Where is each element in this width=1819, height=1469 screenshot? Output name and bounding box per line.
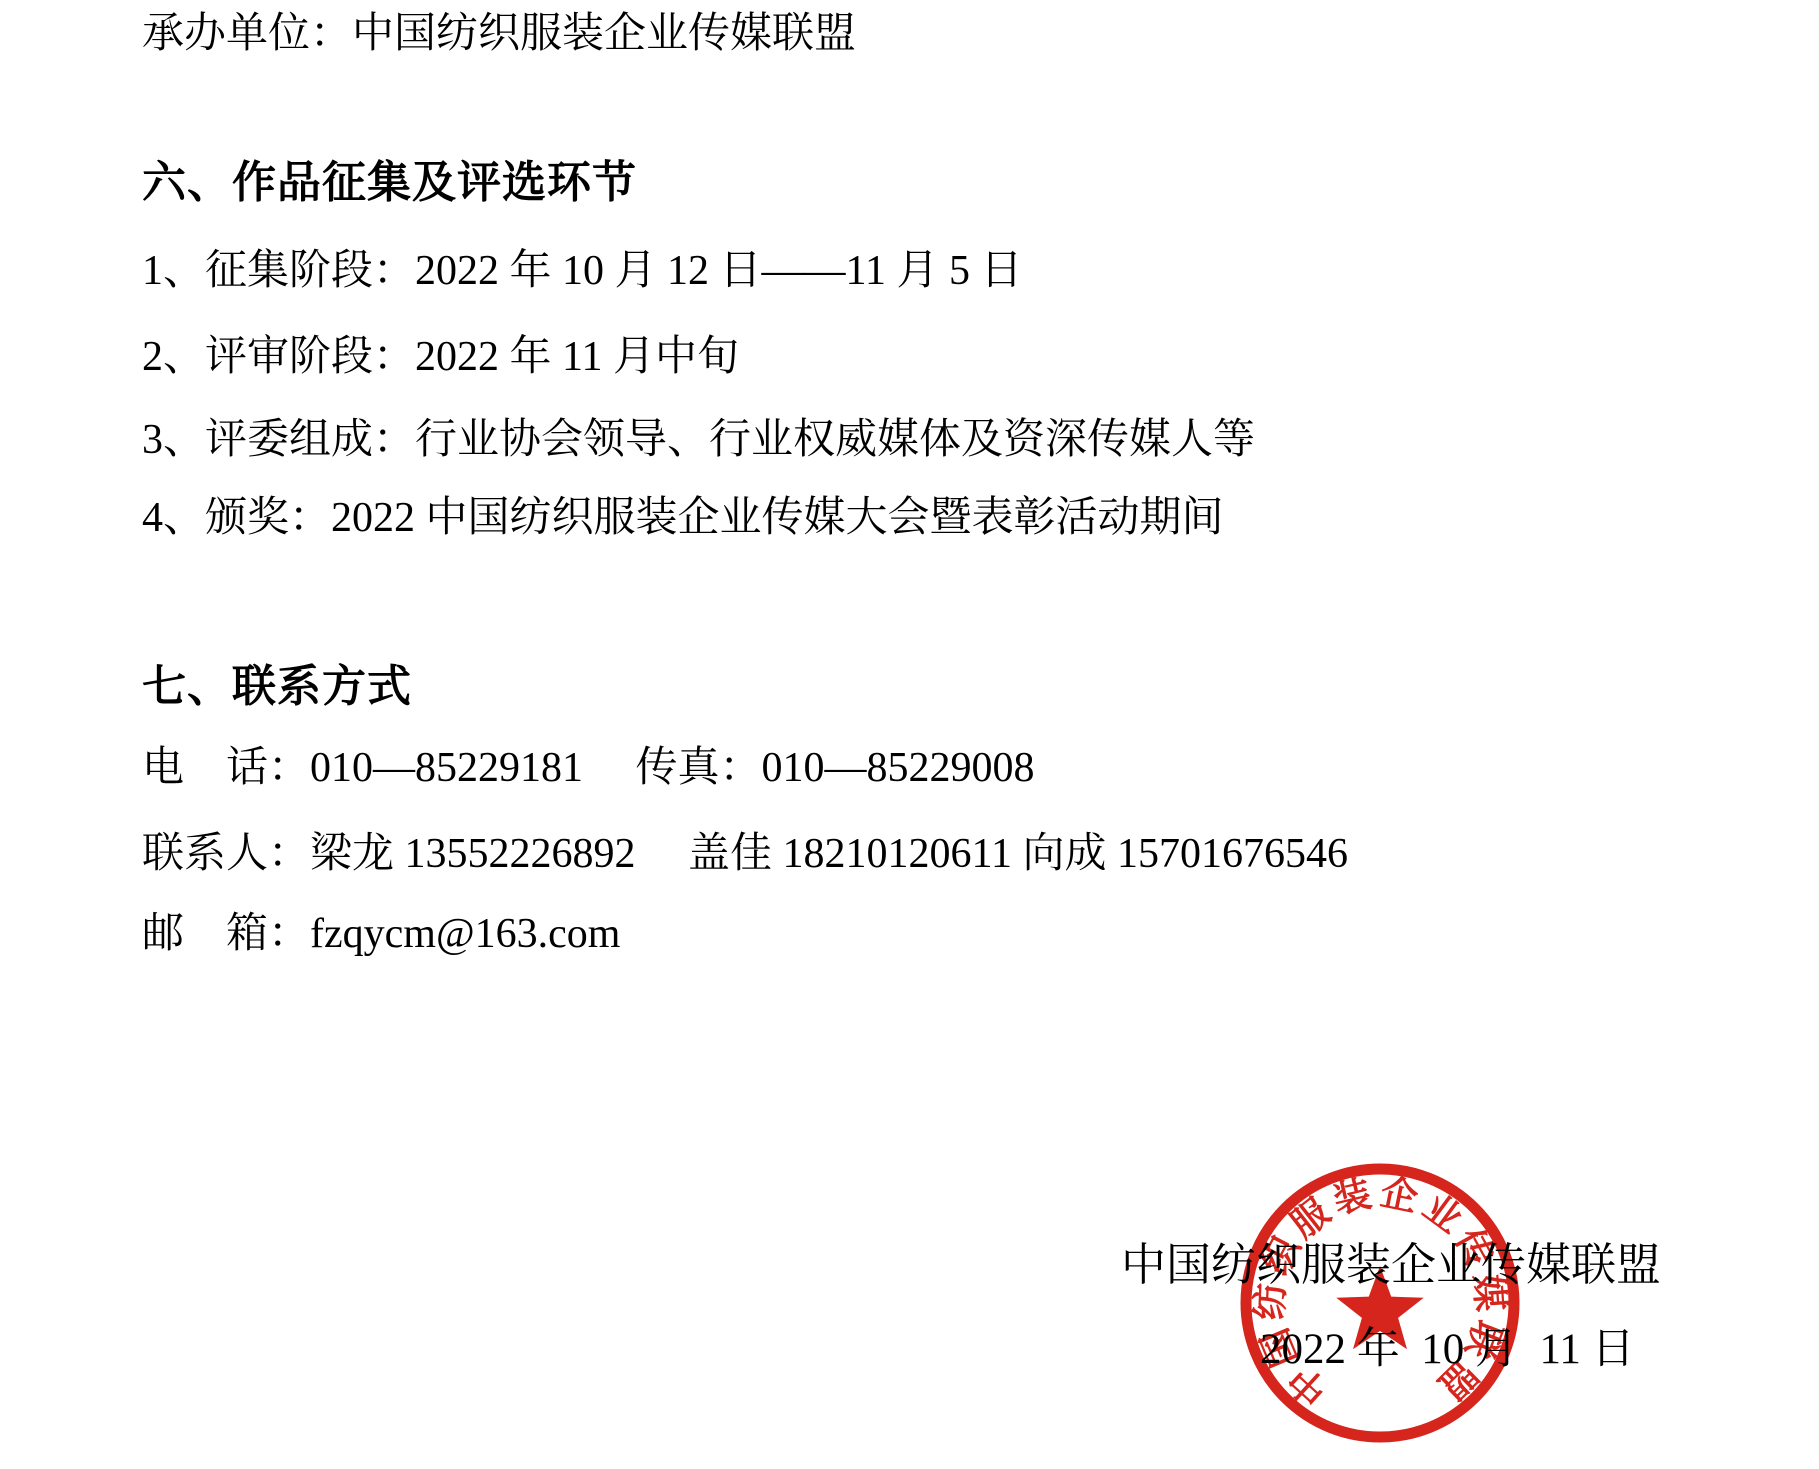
email-line: 邮 箱：fzqycm@163.com <box>142 911 620 958</box>
official-seal-stamp: 中国纺织服装企业传媒联盟 <box>1230 1150 1540 1460</box>
section6-item-1: 1、征集阶段：2022 年 10 月 12 日——11 月 5 日 <box>142 248 1022 295</box>
section6-item-4: 4、颁奖：2022 中国纺织服装企业传媒大会暨表彰活动期间 <box>142 495 1224 542</box>
signature-org-name: 中国纺织服装企业传媒联盟 <box>1121 1243 1661 1288</box>
section6-item-2: 2、评审阶段：2022 年 11 月中旬 <box>142 334 739 381</box>
document-page: 承办单位：中国纺织服装企业传媒联盟 六、作品征集及评选环节 1、征集阶段：202… <box>0 0 1819 1469</box>
section6-item-3: 3、评委组成：行业协会领导、行业权威媒体及资深传媒人等 <box>142 417 1255 464</box>
contacts-line: 联系人：梁龙 13552226892 盖佳 18210120611 向成 157… <box>142 831 1348 878</box>
signature-date: 2022 年 10 月 11 日 <box>1260 1328 1635 1371</box>
section6-heading: 六、作品征集及评选环节 <box>142 158 637 207</box>
section7-heading: 七、联系方式 <box>142 662 412 711</box>
organizer-line: 承办单位：中国纺织服装企业传媒联盟 <box>142 11 856 58</box>
phone-line: 电 话：010—85229181 传真：010—85229008 <box>142 745 1035 792</box>
